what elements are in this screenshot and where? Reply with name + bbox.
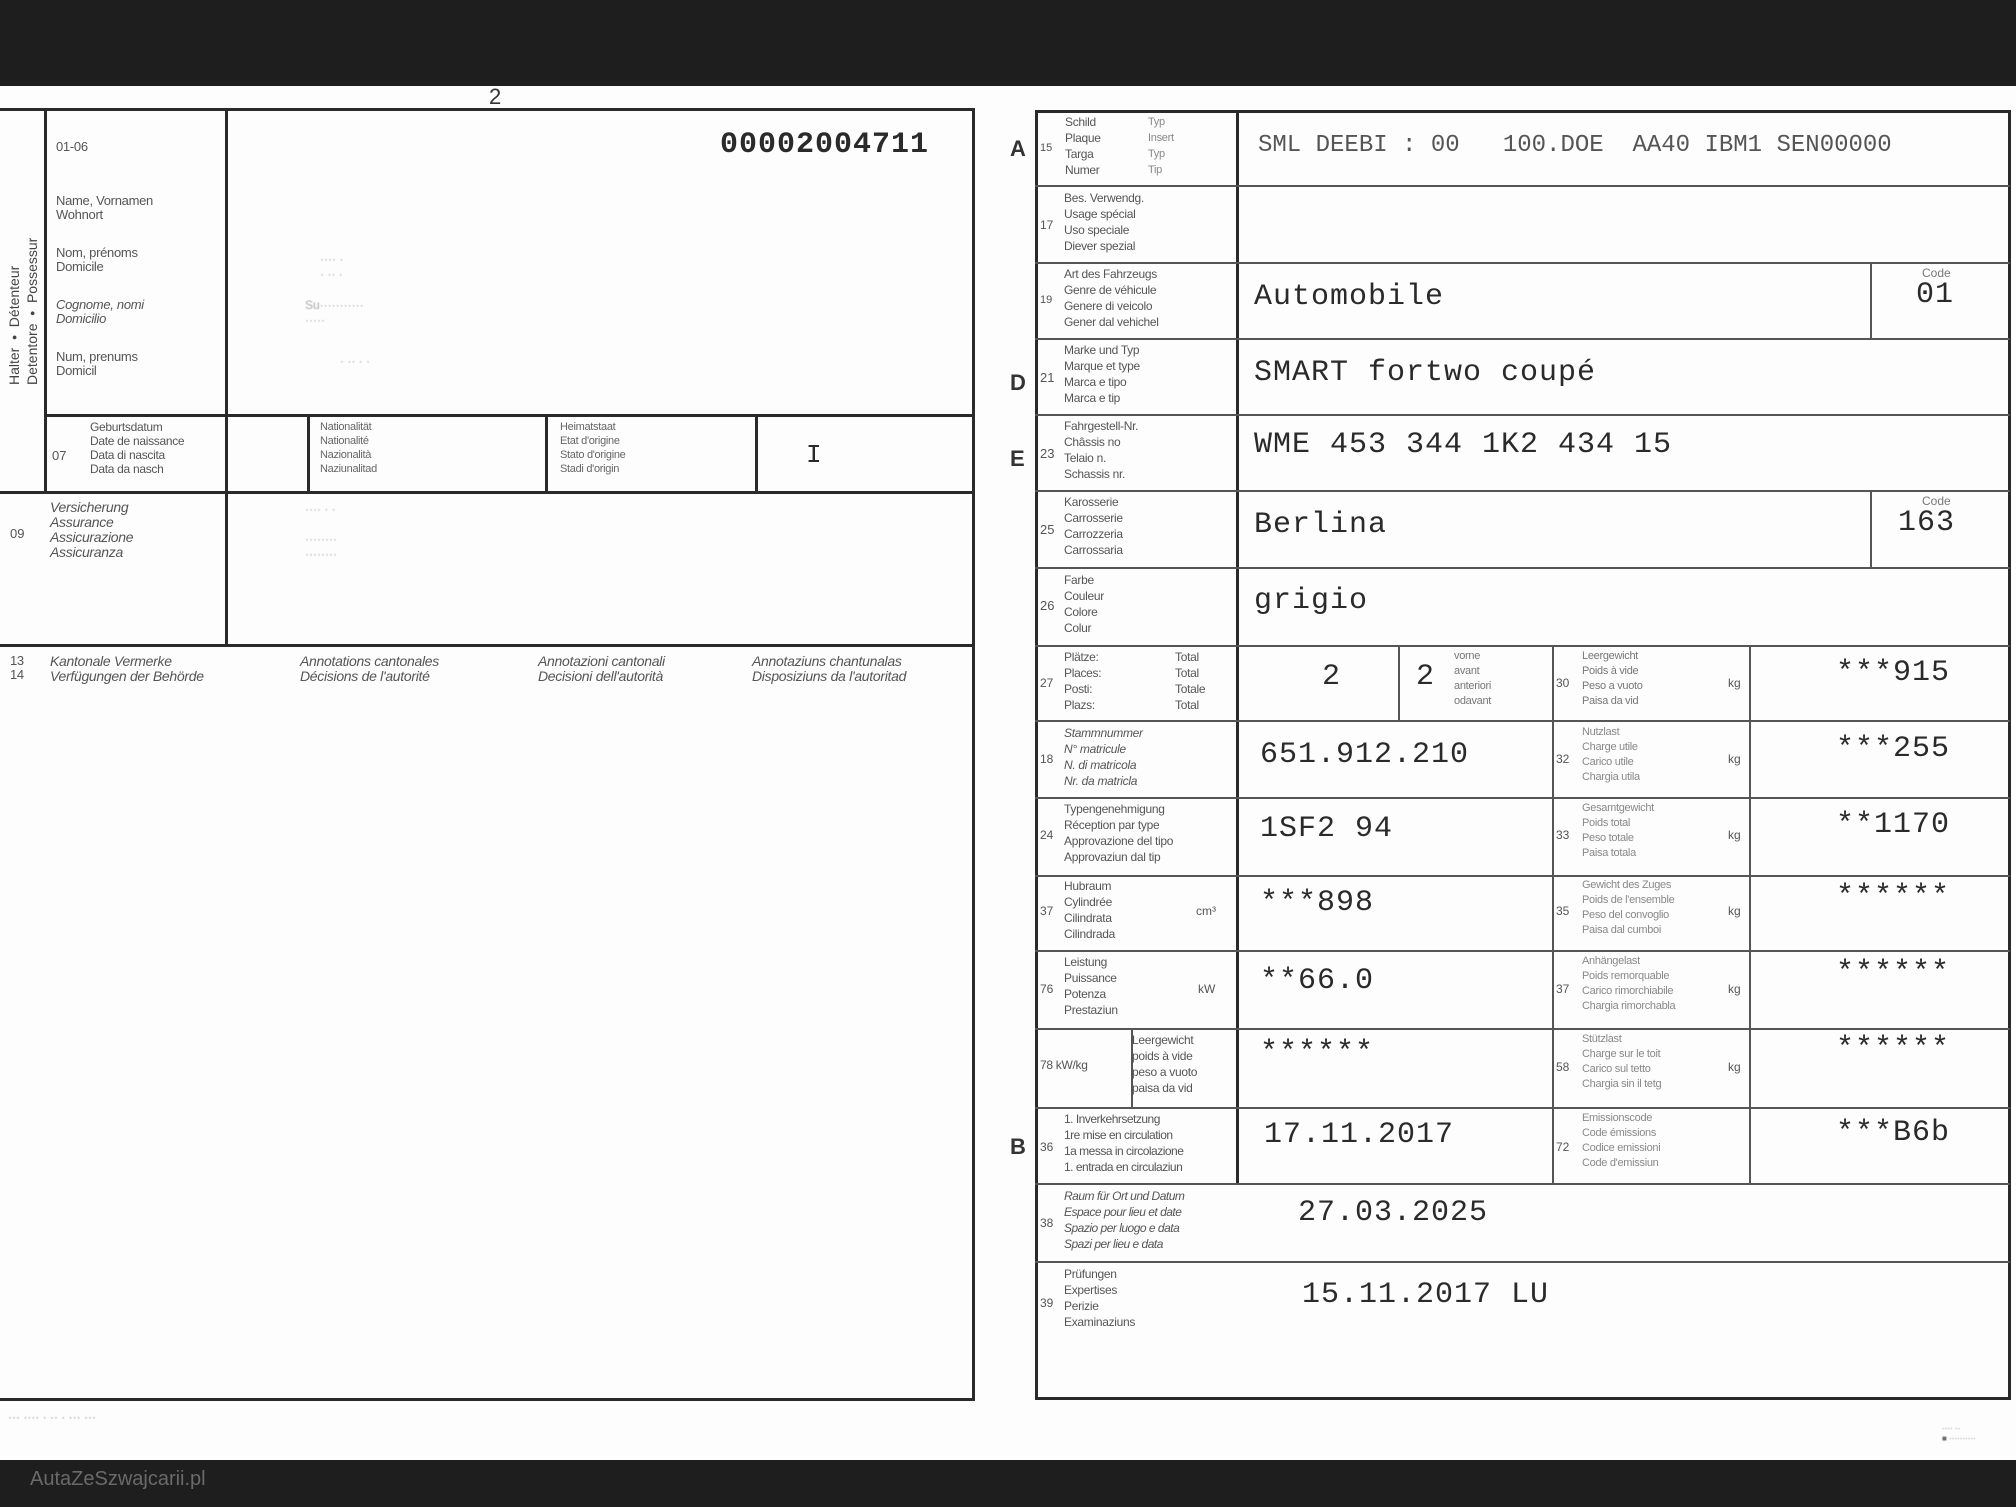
section-letter-e: E (1010, 446, 1025, 472)
field-38-label: Raum für Ort und Datum Espace pour lieu … (1064, 1188, 1184, 1252)
field-26-label: Farbe Couleur Colore Colur (1064, 572, 1104, 636)
field-76-code: 76 (1040, 982, 1053, 996)
field-24-label: Typengenehmigung Réception par type Appr… (1064, 801, 1173, 865)
field-15-value: SML DEEBI : 00 100.DOE AA40 IBM1 SEN0000… (1258, 132, 1892, 159)
field-21-label: Marke und Typ Marque et type Marca e tip… (1064, 342, 1140, 406)
field-26-code: 26 (1040, 598, 1054, 613)
field-18-code: 18 (1040, 752, 1053, 766)
field-78-code: 78 (1040, 1058, 1053, 1072)
field-15-sublabel: Typ Insert Typ Tip (1148, 114, 1174, 178)
divider (1035, 185, 2010, 187)
site-watermark: AutaZeSzwajcarii.pl (30, 1468, 206, 1491)
field-36-code: 36 (1040, 1140, 1053, 1154)
field-58-label: Stützlast Charge sur le toit Carico sul … (1582, 1032, 1661, 1092)
divider (1035, 490, 2010, 492)
holder-name-redacted: ···· · · ·· · (320, 252, 343, 282)
field-17-label: Bes. Verwendg. Usage spécial Uso special… (1064, 190, 1144, 254)
field-36-label: 1. Inverkehrsetzung 1re mise en circulat… (1064, 1111, 1183, 1175)
field-37b-unit: kg (1728, 982, 1741, 996)
field-76-label: Leistung Puissance Potenza Prestaziun (1064, 954, 1118, 1018)
field-19-value: Automobile (1254, 280, 1444, 314)
divider (1035, 720, 2010, 722)
field-76-value: **66.0 (1260, 964, 1374, 998)
corner-stamp-mark: ···· ·· ■ ·········· (1942, 1424, 1976, 1444)
divider (1236, 110, 1239, 1185)
field-76-unit: kW (1198, 982, 1215, 996)
field-58-value: ****** (1836, 1032, 1950, 1066)
divider (545, 414, 548, 492)
field-25-label: Karosserie Carrosserie Carrozzeria Carro… (1064, 494, 1123, 558)
field-19-label: Art des Fahrzeugs Genre de véhicule Gene… (1064, 266, 1159, 330)
field-25-code: 25 (1040, 522, 1054, 537)
field-30-value: ***915 (1836, 656, 1950, 690)
document-paper (0, 86, 2016, 1460)
nationality-label: Nationalität Nationalité Nazionalità Naz… (320, 420, 377, 476)
section-letter-d: D (1010, 370, 1026, 396)
field-78-sublabel: Leergewicht poids à vide peso a vuoto pa… (1132, 1032, 1197, 1096)
field-23-value: WME 453 344 1K2 434 15 (1254, 428, 1672, 462)
field-33-value: **1170 (1836, 808, 1950, 842)
holder-label-fr: Nom, prénoms Domicile (56, 246, 138, 274)
left-right-border (972, 108, 975, 1400)
field-35-code: 35 (1556, 904, 1569, 918)
field-32-label: Nutzlast Charge utile Carico utile Charg… (1582, 725, 1640, 785)
field-37b-value: ****** (1836, 956, 1950, 990)
field-35-unit: kg (1728, 904, 1741, 918)
field-72-label: Emissionscode Code émissions Codice emis… (1582, 1111, 1660, 1171)
section-letter-b: B (1010, 1134, 1026, 1160)
document-number: 00002004711 (720, 128, 929, 162)
field-72-value: ***B6b (1836, 1116, 1950, 1150)
holder-label-de: Name, Vornamen Wohnort (56, 194, 153, 222)
right-left-border (1035, 110, 1038, 1400)
field-35-value: ****** (1836, 880, 1950, 914)
divider (1035, 1183, 2010, 1185)
field-78-unit: kW/kg (1056, 1058, 1088, 1072)
divider (1398, 645, 1400, 721)
divider (1035, 262, 2010, 264)
divider (1870, 490, 1872, 567)
divider (1035, 875, 2010, 877)
left-bottom-border (0, 1398, 975, 1401)
field-37-code: 37 (1040, 904, 1053, 918)
field-38-code: 38 (1040, 1216, 1053, 1230)
divider (1035, 797, 2010, 799)
divider (1552, 645, 1554, 1183)
holder-label-rm: Num, prenums Domicil (56, 350, 138, 378)
field-19-code: 19 (1040, 294, 1052, 306)
origin-label: Heimatstaat Etat d'origine Stato d'origi… (560, 420, 625, 476)
divider (0, 644, 975, 647)
field-39-code: 39 (1040, 1296, 1053, 1310)
holder-address-redacted: Su··········· ····· (305, 298, 364, 328)
right-bottom-border (1035, 1397, 2010, 1400)
divider (1870, 262, 1872, 338)
holder-label-it: Cognome, nomi Domicilio (56, 298, 144, 326)
field-58-code: 58 (1556, 1060, 1569, 1074)
field-37b-code: 37 (1556, 982, 1569, 996)
divider (1035, 645, 2010, 647)
divider (1035, 338, 2010, 340)
field-23-code: 23 (1040, 446, 1054, 461)
field-30-unit: kg (1728, 676, 1741, 690)
divider (44, 108, 47, 494)
field-37-unit: cm³ (1196, 904, 1216, 918)
field-32-code: 32 (1556, 752, 1569, 766)
divider (1749, 645, 1751, 1183)
right-right-border (2008, 110, 2011, 1400)
left-top-border (0, 108, 975, 111)
field-18-label: Stammnummer N° matricule N. di matricola… (1064, 725, 1143, 789)
insurance-redacted: ···· · · ········ ········ (305, 502, 337, 562)
divider (307, 414, 310, 492)
field-27-label: Plätze: Places: Posti: Plazs: (1064, 649, 1101, 713)
divider (0, 491, 975, 494)
field-58-unit: kg (1728, 1060, 1741, 1074)
annotations-codes: 13 14 (10, 654, 24, 682)
field-37b-label: Anhängelast Poids remorquable Carico rim… (1582, 954, 1675, 1014)
holder-side-label-2: Detentore • Possessur (24, 195, 40, 385)
field-37-label: Hubraum Cylindrée Cilindrata Cilindrada (1064, 878, 1115, 942)
field-19-code-value: 01 (1916, 278, 1954, 312)
field-72-code: 72 (1556, 1140, 1569, 1154)
field-27-label-total: Total Total Totale Total (1175, 649, 1205, 713)
holder-domicile-redacted: · ·· · · (340, 354, 370, 369)
field-37-value: ***898 (1260, 886, 1374, 920)
annotations-de: Kantonale Vermerke Verfügungen der Behör… (50, 654, 204, 684)
divider (44, 414, 975, 417)
section-letter-a: A (1010, 136, 1026, 162)
right-top-border (1035, 110, 2010, 113)
divider (1035, 567, 2010, 569)
birth-label: Geburtsdatum Date de naissance Data di n… (90, 420, 184, 476)
insurance-code: 09 (10, 526, 24, 541)
field-33-unit: kg (1728, 828, 1741, 842)
divider (1035, 1107, 2010, 1109)
field-23-label: Fahrgestell-Nr. Châssis no Telaio n. Sch… (1064, 418, 1138, 482)
field-24-value: 1SF2 94 (1260, 812, 1393, 846)
field-30-label: Leergewicht Poids à vide Peso a vuoto Pa… (1582, 649, 1643, 709)
field-17-code: 17 (1040, 218, 1053, 232)
field-39-value: 15.11.2017 LU (1302, 1278, 1549, 1312)
left-footer-text: ··· ···· · ·· · ··· ··· (8, 1410, 96, 1425)
annotations-rm: Annotaziuns chantunalas Disposiziuns da … (752, 654, 906, 684)
field-27-label-front: vorne avant anteriori odavant (1454, 649, 1491, 709)
field-33-code: 33 (1556, 828, 1569, 842)
field-26-value: grigio (1254, 584, 1368, 618)
bottom-dark-bar (0, 1460, 2016, 1507)
field-27-code: 27 (1040, 676, 1053, 690)
annotations-it: Annotazioni cantonali Decisioni dell'aut… (538, 654, 665, 684)
field-36-value: 17.11.2017 (1264, 1118, 1454, 1152)
divider (1035, 1028, 2010, 1030)
field-25-code-value: 163 (1898, 506, 1955, 540)
field-32-value: ***255 (1836, 732, 1950, 766)
field-27-value-total: 2 (1322, 660, 1341, 694)
field-32-unit: kg (1728, 752, 1741, 766)
field-18-value: 651.912.210 (1260, 738, 1469, 772)
birth-code: 07 (52, 448, 66, 463)
field-21-code: 21 (1040, 370, 1054, 385)
annotations-fr: Annotations cantonales Décisions de l'au… (300, 654, 439, 684)
field-78-label: 78 kW/kg (1040, 1058, 1088, 1072)
divider (225, 108, 228, 646)
field-21-value: SMART fortwo coupé (1254, 356, 1596, 390)
field-27-value-front: 2 (1416, 660, 1435, 694)
field-35-label: Gewicht des Zuges Poids de l'ensemble Pe… (1582, 878, 1674, 938)
field-15-code: 15 (1040, 142, 1052, 154)
field-25-value: Berlina (1254, 508, 1387, 542)
nationality-value: I (806, 440, 823, 470)
top-dark-bar (0, 0, 2016, 86)
field-39-label: Prüfungen Expertises Perizie Examinaziun… (1064, 1266, 1135, 1330)
divider (1035, 414, 2010, 416)
field-30-code: 30 (1556, 676, 1569, 690)
field-38-value: 27.03.2025 (1298, 1196, 1488, 1230)
field-78-value: ****** (1260, 1036, 1374, 1070)
divider (1035, 950, 2010, 952)
field-33-label: Gesamtgewicht Poids total Peso totale Pa… (1582, 801, 1654, 861)
field-15-label: Schild Plaque Targa Numer (1065, 114, 1101, 178)
page-number: 2 (489, 84, 501, 110)
divider (755, 414, 758, 492)
field-24-code: 24 (1040, 828, 1053, 842)
holder-section-code: 01-06 (56, 140, 88, 154)
divider (1035, 1261, 2010, 1263)
holder-side-label-1: Halter • Détenteur (6, 195, 22, 385)
insurance-label: Versicherung Assurance Assicurazione Ass… (50, 500, 133, 560)
